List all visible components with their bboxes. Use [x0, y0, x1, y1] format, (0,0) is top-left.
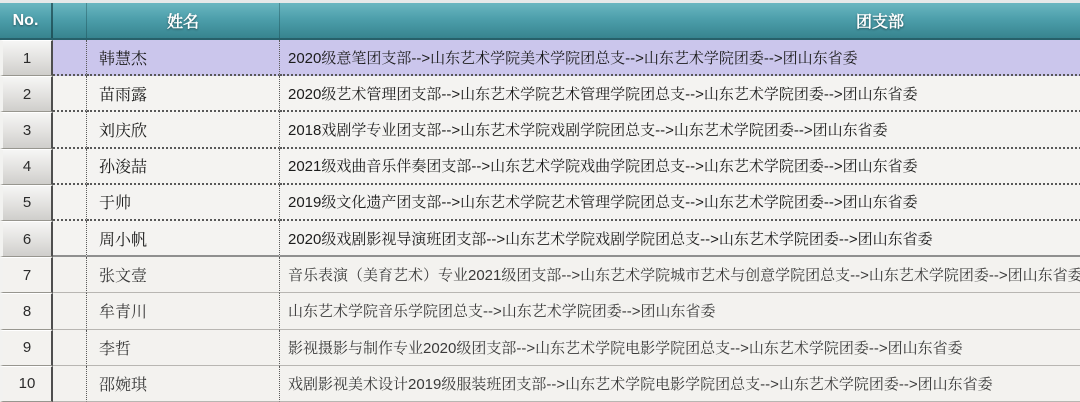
name-cell: 苗雨露 [87, 76, 280, 112]
row-number: 9 [0, 330, 53, 366]
branch-cell: 2020级戏剧影视导演班团支部-->山东艺术学院戏剧学院团总支-->山东艺术学院… [280, 221, 1080, 257]
table-row[interactable]: 4 孙浚喆 2021级戏曲音乐伴奏团支部-->山东艺术学院戏曲学院团总支-->山… [0, 149, 1080, 185]
table-row[interactable]: 5 于帅 2019级文化遗产团支部-->山东艺术学院艺术管理学院团总支-->山东… [0, 185, 1080, 221]
branch-cell: 戏剧影视美术设计2019级服装班团支部-->山东艺术学院电影学院团总支-->山东… [280, 366, 1080, 402]
column-header-selector [53, 3, 87, 38]
branch-cell: 2021级戏曲音乐伴奏团支部-->山东艺术学院戏曲学院团总支-->山东艺术学院团… [280, 149, 1080, 185]
row-selector[interactable] [53, 185, 87, 221]
league-branch-table: No. 姓名 团支部 1 韩慧杰 2020级意笔团支部-->山东艺术学院美术学院… [0, 0, 1080, 402]
table-row[interactable]: 6 周小帆 2020级戏剧影视导演班团支部-->山东艺术学院戏剧学院团总支-->… [0, 221, 1080, 257]
table-header-row: No. 姓名 团支部 [0, 0, 1080, 40]
row-selector[interactable] [53, 221, 87, 257]
row-number: 6 [0, 221, 53, 257]
name-cell: 牟青川 [87, 293, 280, 329]
row-number: 10 [0, 366, 53, 402]
row-selector[interactable] [53, 149, 87, 185]
row-selector[interactable] [53, 257, 87, 293]
row-number: 3 [0, 112, 53, 148]
data-grid-screen: No. 姓名 团支部 1 韩慧杰 2020级意笔团支部-->山东艺术学院美术学院… [0, 0, 1080, 402]
name-cell: 韩慧杰 [87, 40, 280, 76]
table-row[interactable]: 3 刘庆欣 2018戏剧学专业团支部-->山东艺术学院戏剧学院团总支-->山东艺… [0, 112, 1080, 148]
name-cell: 孙浚喆 [87, 149, 280, 185]
row-number: 8 [0, 293, 53, 329]
column-header-name: 姓名 [87, 3, 280, 38]
row-number: 4 [0, 149, 53, 185]
table-row[interactable]: 7 张文壹 音乐表演（美育艺术）专业2021级团支部-->山东艺术学院城市艺术与… [0, 257, 1080, 293]
name-cell: 张文壹 [87, 257, 280, 293]
branch-cell: 2020级艺术管理团支部-->山东艺术学院艺术管理学院团总支-->山东艺术学院团… [280, 76, 1080, 112]
table-row[interactable]: 1 韩慧杰 2020级意笔团支部-->山东艺术学院美术学院团总支-->山东艺术学… [0, 40, 1080, 76]
branch-cell: 2020级意笔团支部-->山东艺术学院美术学院团总支-->山东艺术学院团委-->… [280, 40, 1080, 76]
table-row[interactable]: 2 苗雨露 2020级艺术管理团支部-->山东艺术学院艺术管理学院团总支-->山… [0, 76, 1080, 112]
row-selector[interactable] [53, 366, 87, 402]
row-number: 7 [0, 257, 53, 293]
row-selector[interactable] [53, 293, 87, 329]
name-cell: 刘庆欣 [87, 112, 280, 148]
row-selector[interactable] [53, 330, 87, 366]
branch-cell: 音乐表演（美育艺术）专业2021级团支部-->山东艺术学院城市艺术与创意学院团总… [280, 257, 1080, 293]
branch-cell: 2019级文化遗产团支部-->山东艺术学院艺术管理学院团总支-->山东艺术学院团… [280, 185, 1080, 221]
table-row[interactable]: 10 邵婉琪 戏剧影视美术设计2019级服装班团支部-->山东艺术学院电影学院团… [0, 366, 1080, 402]
table-body: 1 韩慧杰 2020级意笔团支部-->山东艺术学院美术学院团总支-->山东艺术学… [0, 40, 1080, 402]
name-cell: 周小帆 [87, 221, 280, 257]
name-cell: 邵婉琪 [87, 366, 280, 402]
row-number: 5 [0, 185, 53, 221]
row-selector[interactable] [53, 76, 87, 112]
branch-cell: 2018戏剧学专业团支部-->山东艺术学院戏剧学院团总支-->山东艺术学院团委-… [280, 112, 1080, 148]
branch-cell: 影视摄影与制作专业2020级团支部-->山东艺术学院电影学院团总支-->山东艺术… [280, 330, 1080, 366]
name-cell: 李哲 [87, 330, 280, 366]
name-cell: 于帅 [87, 185, 280, 221]
column-header-no: No. [0, 3, 53, 38]
row-selector[interactable] [53, 40, 87, 76]
row-number: 2 [0, 76, 53, 112]
table-row[interactable]: 9 李哲 影视摄影与制作专业2020级团支部-->山东艺术学院电影学院团总支--… [0, 330, 1080, 366]
row-selector[interactable] [53, 112, 87, 148]
column-header-branch: 团支部 [280, 3, 1080, 38]
row-number: 1 [0, 40, 53, 76]
branch-cell: 山东艺术学院音乐学院团总支-->山东艺术学院团委-->团山东省委 [280, 293, 1080, 329]
table-row[interactable]: 8 牟青川 山东艺术学院音乐学院团总支-->山东艺术学院团委-->团山东省委 [0, 293, 1080, 329]
